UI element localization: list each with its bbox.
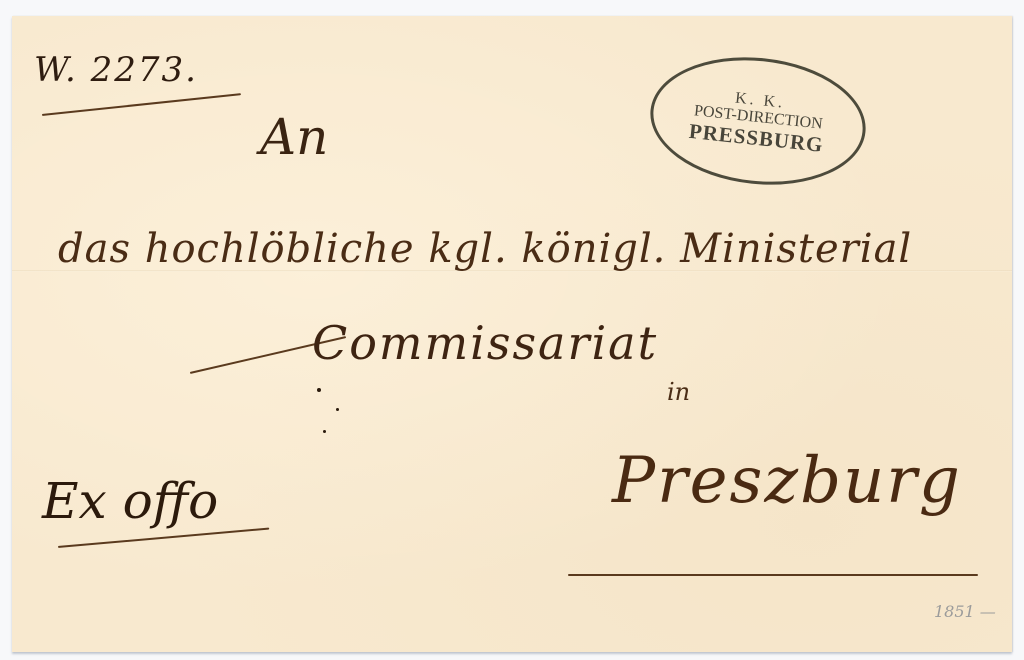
pencil-note: 1851 — <box>934 602 996 621</box>
postmark-stamp: K. K. POST-DIRECTION PRESSBURG <box>644 47 872 195</box>
address-line-1: das hochlöbliche kgl. königl. Ministeria… <box>58 226 912 272</box>
letter-cover: W. 2273. An K. K. POST-DIRECTION PRESSBU… <box>12 16 1012 652</box>
salutation: An <box>260 108 328 166</box>
ink-blot <box>317 388 321 392</box>
destination-city: Preszburg <box>612 444 962 518</box>
reference-number: W. 2273. <box>34 50 198 90</box>
franking-note: Ex offo <box>42 472 218 530</box>
address-line-2: Commissariat <box>312 316 658 370</box>
city-underline <box>568 574 978 576</box>
franking-underline <box>58 528 269 548</box>
ink-blot <box>323 430 326 433</box>
reference-underline <box>42 93 241 116</box>
preposition: in <box>667 378 690 406</box>
ink-blot <box>336 408 339 411</box>
